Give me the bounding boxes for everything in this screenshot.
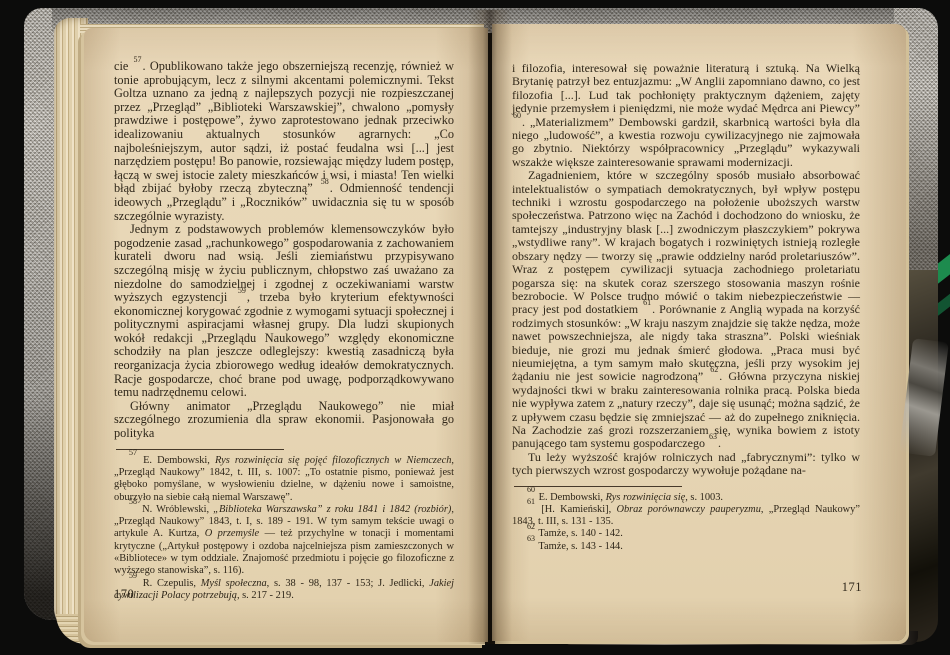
footnote: 57 E. Dembowski, Rys rozwinięcia się poj…	[114, 455, 454, 504]
photo-black-background: cie 57. Opublikowano także jego obszerni…	[0, 0, 950, 655]
body-paragraph: cie 57. Opublikowano także jego obszerni…	[114, 60, 454, 223]
footnote: 60 E. Dembowski, Rys rozwinięcia się, s.…	[512, 492, 860, 504]
body-paragraph: Tu leży wyższość krajów rolniczych nad „…	[512, 451, 860, 478]
body-paragraph: Główny animator „Przeglądu Naukowego” ni…	[114, 400, 454, 441]
page-number-left: 170	[114, 587, 134, 602]
footnote: 62 Tamże, s. 140 - 142.	[512, 528, 860, 540]
footnote: 59 R. Czepulis, Myśl społeczna, s. 38 - …	[114, 578, 454, 603]
footnote-separator	[116, 449, 284, 450]
right-page: i filozofia, interesował się poważnie li…	[492, 24, 906, 641]
body-paragraph: Zagadnieniem, które w szczególny sposób …	[512, 169, 860, 451]
footnote: 58 N. Wróblewski, „Biblioteka Warszawska…	[114, 504, 454, 578]
footnote: 61 [H. Kamieński], Obraz porównawczy pau…	[512, 504, 860, 529]
page-edge-stack-left	[54, 18, 88, 634]
page-number-right: 171	[842, 580, 862, 595]
body-paragraph: i filozofia, interesował się poważnie li…	[512, 62, 860, 169]
right-page-text-column: i filozofia, interesował się poważnie li…	[512, 62, 860, 641]
footnote: 63 Tamże, s. 143 - 144.	[512, 541, 860, 553]
body-paragraph: Jednym z podstawowych problemów klemenso…	[114, 223, 454, 400]
left-page-text-column: cie 57. Opublikowano także jego obszerni…	[114, 60, 454, 642]
footnote-separator	[514, 486, 682, 487]
left-page: cie 57. Opublikowano także jego obszerni…	[84, 28, 488, 642]
